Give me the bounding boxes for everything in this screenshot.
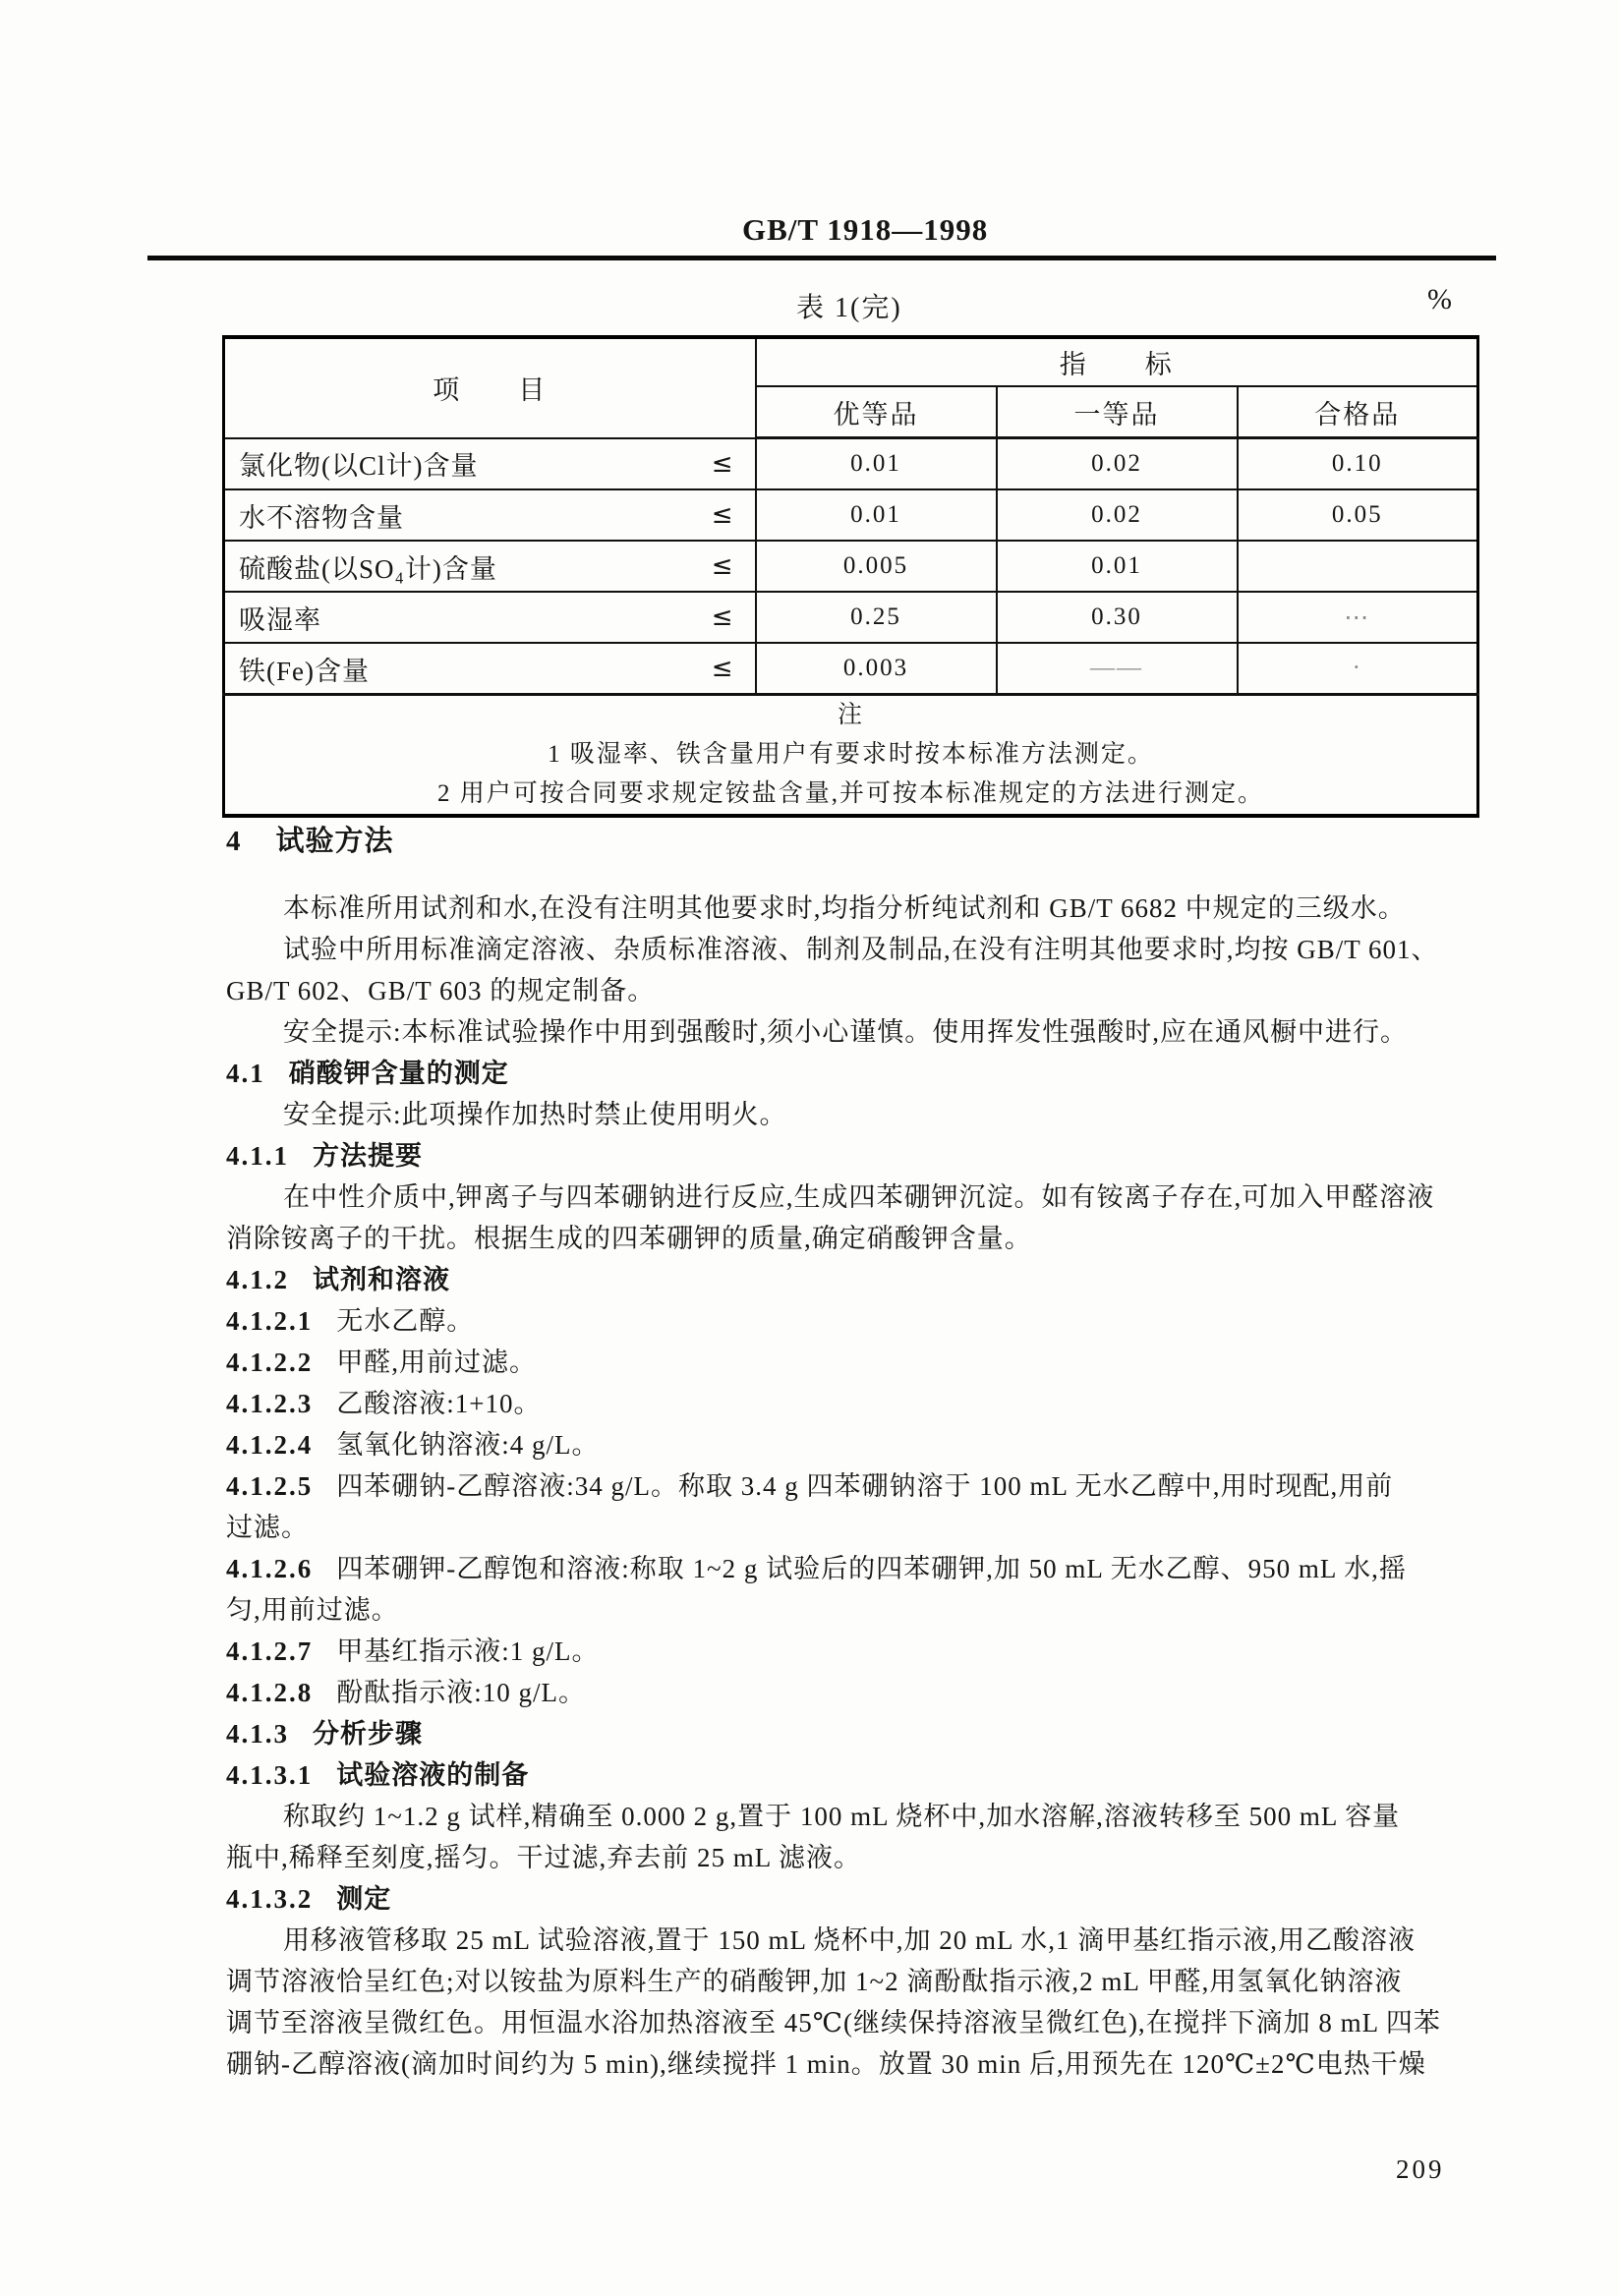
body-content: 4试验方法 本标准所用试剂和水,在没有注明其他要求时,均指分析纯试剂和 GB/T… xyxy=(226,821,1504,2085)
clause-heading: 4.1.1方法提要 xyxy=(226,1135,1504,1177)
clause-line: 4.1.2.5四苯硼钠-乙醇溶液:34 g/L。称取 3.4 g 四苯硼钠溶于 … xyxy=(226,1465,1504,1507)
value-qualified xyxy=(1238,541,1478,592)
item-label: 吸湿率 xyxy=(239,599,321,637)
body-line: 试验中所用标准滴定溶液、杂质标准溶液、制剂及制品,在没有注明其他要求时,均按 G… xyxy=(226,929,1504,970)
less-equal-symbol: ≤ xyxy=(712,500,735,530)
table-row: 水不溶物含量≤ 0.01 0.02 0.05 xyxy=(224,489,1478,541)
item-cell: 水不溶物含量≤ xyxy=(224,489,756,541)
body-line: 安全提示:本标准试验操作中用到强酸时,须小心谨慎。使用挥发性强酸时,应在通风橱中… xyxy=(226,1011,1504,1053)
less-equal-symbol: ≤ xyxy=(712,603,735,632)
value-qualified: ⋯ xyxy=(1238,592,1478,643)
column-header-item: 项 目 xyxy=(224,337,756,438)
clause-heading: 4.1.2试剂和溶液 xyxy=(226,1259,1504,1300)
body-line: GB/T 602、GB/T 603 的规定制备。 xyxy=(226,970,1504,1011)
standard-code-header: GB/T 1918—1998 xyxy=(742,212,988,248)
less-equal-symbol: ≤ xyxy=(712,449,735,479)
value-premium: 0.01 xyxy=(756,489,997,541)
item-cell: 硫酸盐(以SO₄计)含量≤ xyxy=(224,541,756,592)
value-premium: 0.003 xyxy=(756,643,997,695)
body-line: 调节溶液恰呈红色;对以铵盐为原料生产的硝酸钾,加 1~2 滴酚酞指示液,2 mL… xyxy=(226,1961,1504,2002)
value-first: 0.30 xyxy=(997,592,1238,643)
item-cell: 铁(Fe)含量≤ xyxy=(224,643,756,695)
item-label: 铁(Fe)含量 xyxy=(239,650,370,688)
column-header-indicator: 指 标 xyxy=(756,337,1478,386)
clause-line: 4.1.2.4氢氧化钠溶液:4 g/L。 xyxy=(226,1424,1504,1465)
body-line: 硼钠-乙醇溶液(滴加时间约为 5 min),继续搅拌 1 min。放置 30 m… xyxy=(226,2043,1504,2085)
clause-line: 4.1.2.3乙酸溶液:1+10。 xyxy=(226,1383,1504,1424)
value-first: 0.01 xyxy=(997,541,1238,592)
header-rule xyxy=(147,256,1496,260)
clause-heading: 4.1硝酸钾含量的测定 xyxy=(226,1053,1504,1094)
body-line: 过滤。 xyxy=(226,1507,1504,1548)
note-label: 注 xyxy=(225,696,1476,735)
body-line: 安全提示:此项操作加热时禁止使用明火。 xyxy=(226,1094,1504,1135)
page-number: 209 xyxy=(1396,2154,1445,2185)
unit-label: % xyxy=(1427,283,1452,316)
clause-heading: 4.1.3.1试验溶液的制备 xyxy=(226,1754,1504,1796)
table-row: 铁(Fe)含量≤ 0.003 —— · xyxy=(224,643,1478,695)
body-line: 用移液管移取 25 mL 试验溶液,置于 150 mL 烧杯中,加 20 mL … xyxy=(226,1920,1504,1961)
value-premium: 0.25 xyxy=(756,592,997,643)
value-first: 0.02 xyxy=(997,438,1238,490)
clause-line: 4.1.2.1无水乙醇。 xyxy=(226,1300,1504,1342)
value-premium: 0.005 xyxy=(756,541,997,592)
clause-line: 4.1.2.8酚酞指示液:10 g/L。 xyxy=(226,1672,1504,1713)
clause-line: 4.1.2.6四苯硼钾-乙醇饱和溶液:称取 1~2 g 试验后的四苯硼钾,加 5… xyxy=(226,1548,1504,1589)
item-cell: 吸湿率≤ xyxy=(224,592,756,643)
value-first: 0.02 xyxy=(997,489,1238,541)
value-qualified: · xyxy=(1238,643,1478,695)
value-qualified: 0.10 xyxy=(1238,438,1478,490)
note-cell: 注 1 吸湿率、铁含量用户有要求时按本标准方法测定。 2 用户可按合同要求规定铵… xyxy=(224,695,1478,817)
body-line: 调节至溶液呈微红色。用恒温水浴加热溶液至 45℃(继续保持溶液呈微红色),在搅拌… xyxy=(226,2002,1504,2043)
table-row: 氯化物(以Cl计)含量≤ 0.01 0.02 0.10 xyxy=(224,438,1478,490)
grade-header-first: 一等品 xyxy=(997,386,1238,438)
table-row: 硫酸盐(以SO₄计)含量≤ 0.005 0.01 xyxy=(224,541,1478,592)
body-line: 称取约 1~1.2 g 试样,精确至 0.000 2 g,置于 100 mL 烧… xyxy=(226,1796,1504,1837)
clause-line: 4.1.2.7甲基红指示液:1 g/L。 xyxy=(226,1631,1504,1672)
value-first: —— xyxy=(997,643,1238,695)
grade-header-qualified: 合格品 xyxy=(1238,386,1478,438)
body-line: 本标准所用试剂和水,在没有注明其他要求时,均指分析纯试剂和 GB/T 6682 … xyxy=(226,888,1504,929)
spec-table: 项 目 指 标 优等品 一等品 合格品 氯化物(以Cl计)含量≤ 0.01 0.… xyxy=(222,335,1479,818)
body-line: 瓶中,稀释至刻度,摇匀。干过滤,弃去前 25 mL 滤液。 xyxy=(226,1837,1504,1878)
grade-header-premium: 优等品 xyxy=(756,386,997,438)
body-line: 在中性介质中,钾离子与四苯硼钠进行反应,生成四苯硼钾沉淀。如有铵离子存在,可加入… xyxy=(226,1177,1504,1218)
table-row: 吸湿率≤ 0.25 0.30 ⋯ xyxy=(224,592,1478,643)
note-line: 1 吸湿率、铁含量用户有要求时按本标准方法测定。 xyxy=(225,735,1476,775)
note-line: 2 用户可按合同要求规定铵盐含量,并可按本标准规定的方法进行测定。 xyxy=(225,775,1476,814)
clause-heading: 4.1.3分析步骤 xyxy=(226,1713,1504,1754)
item-label: 水不溶物含量 xyxy=(239,496,404,535)
section-heading: 4试验方法 xyxy=(226,821,1504,862)
value-premium: 0.01 xyxy=(756,438,997,490)
body-line: 消除铵离子的干扰。根据生成的四苯硼钾的质量,确定硝酸钾含量。 xyxy=(226,1218,1504,1259)
spec-table-wrapper: 项 目 指 标 优等品 一等品 合格品 氯化物(以Cl计)含量≤ 0.01 0.… xyxy=(222,335,1479,818)
table-header-row-1: 项 目 指 标 xyxy=(224,337,1478,386)
clause-heading: 4.1.3.2测定 xyxy=(226,1878,1504,1920)
clause-line: 4.1.2.2甲醛,用前过滤。 xyxy=(226,1342,1504,1383)
value-qualified: 0.05 xyxy=(1238,489,1478,541)
less-equal-symbol: ≤ xyxy=(712,551,735,581)
less-equal-symbol: ≤ xyxy=(712,654,735,683)
item-label: 氯化物(以Cl计)含量 xyxy=(239,444,479,483)
item-label: 硫酸盐(以SO₄计)含量 xyxy=(239,547,497,586)
table-title: 表 1(完) xyxy=(796,286,902,325)
document-page: GB/T 1918—1998 表 1(完) % 项 目 指 标 优等品 一等品 … xyxy=(0,0,1619,2296)
table-note-row: 注 1 吸湿率、铁含量用户有要求时按本标准方法测定。 2 用户可按合同要求规定铵… xyxy=(224,695,1478,817)
body-line: 匀,用前过滤。 xyxy=(226,1589,1504,1631)
item-cell: 氯化物(以Cl计)含量≤ xyxy=(224,438,756,490)
